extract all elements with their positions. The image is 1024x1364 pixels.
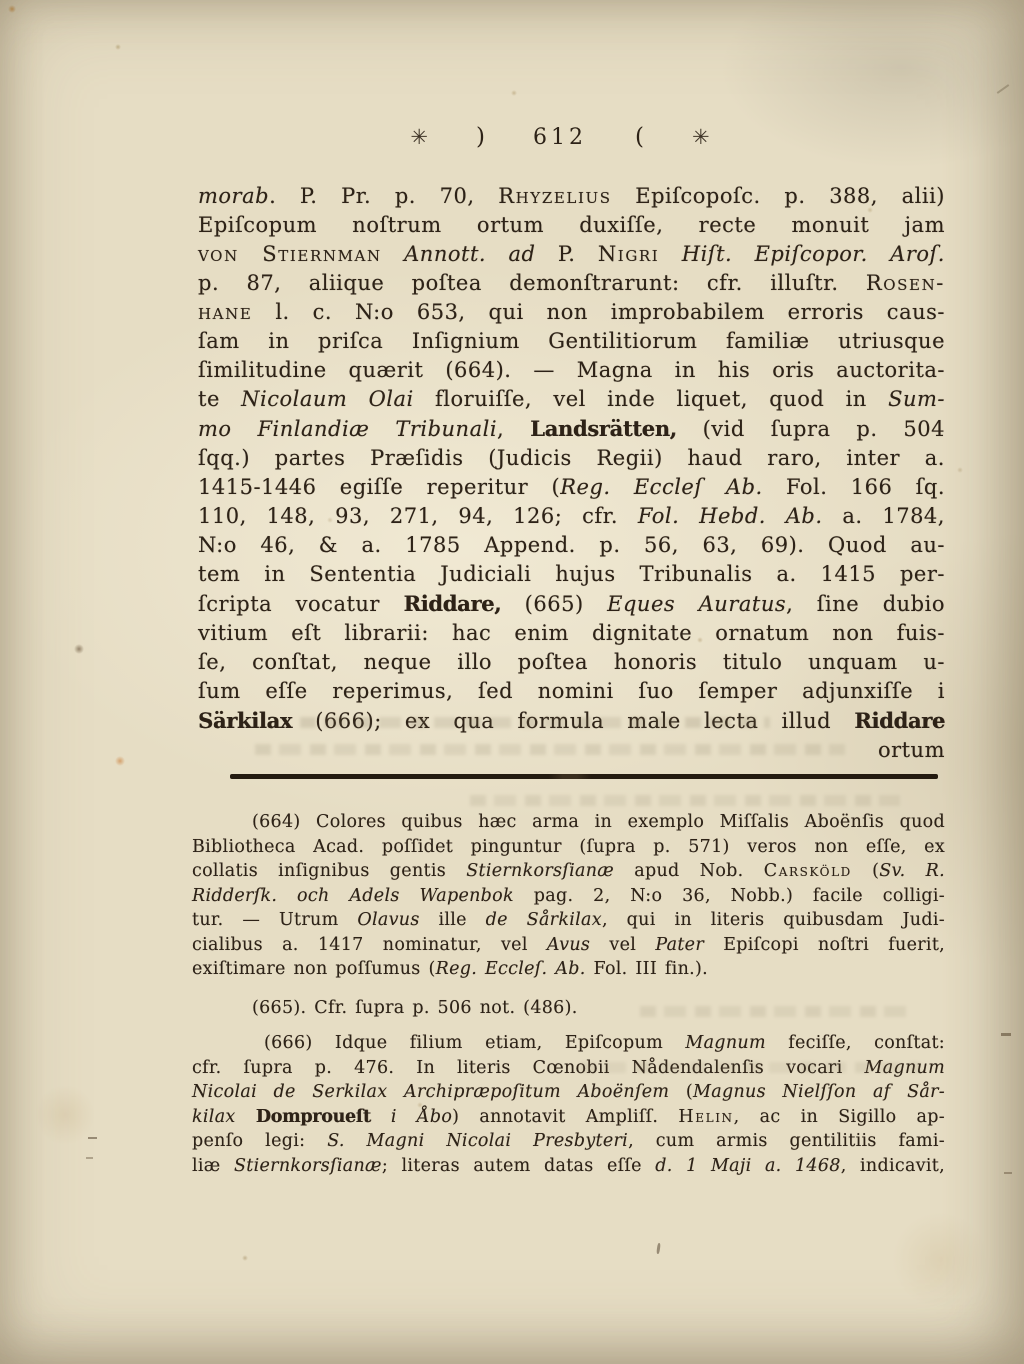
margin-ink-mark [1001,1033,1011,1036]
text-segment: p. 87, aliique poſtea demonſtrarunt: cfr… [198,271,866,295]
italic-text: Ridderſk. och Adels Wapenbok [192,886,514,906]
text-segment: , ſine dubio [786,592,945,616]
margin-ink-mark [1004,1172,1012,1174]
text-segment [371,1107,391,1127]
text-line: 1415-1446 egiſſe reperitur (Reg. Eccleſ … [198,473,945,502]
fraktur-text: Riddare, [403,591,501,616]
fraktur-text: Särkilax [198,708,292,733]
text-segment: apud Nob. [614,861,764,881]
text-segment: cfr. ſupra p. 476. In literis Cœnobii Nå… [192,1058,865,1078]
text-segment: ille [420,910,486,930]
text-segment [236,1107,256,1127]
text-line: Bibliotheca Acad. poſſidet pinguntur (ſu… [192,835,945,860]
text-segment: P. [535,242,597,266]
footnote-separator-rule [230,774,938,779]
text-line: Nicolai de Serkilax Archipræpoſitum Aboë… [192,1080,945,1105]
smallcaps-text: Helin [678,1107,733,1127]
text-line: cialibus a. 1417 nominatur, vel Avus vel… [192,933,945,958]
text-segment: (666); ex qua formula male lecta illud [292,709,854,733]
text-segment: vitium eſt librarii: hac enim dignitate … [198,621,945,645]
italic-text: Hiſt. Epiſcopor. Aroſ. [682,242,945,266]
smallcaps-text: von Stiernman [198,242,382,266]
italic-text: S. Magni Nicolai Presbyteri [327,1131,628,1151]
italic-text: i Åbo [391,1107,452,1127]
text-segment: tur. — Utrum [192,910,357,930]
text-segment: tem in Sententia Judiciali hujus Tribuna… [198,562,945,586]
text-segment: ſam in priſca Inſignium Gentilitiorum fa… [198,329,945,353]
text-segment: a. 1784, [823,504,945,528]
text-segment: ſimilitudine quærit (664). — Magna in hi… [198,358,945,382]
smallcaps-text: hane [198,300,252,324]
italic-text: Pater [655,935,704,955]
text-segment: ſcripta vocatur [198,592,403,616]
text-segment: Bibliotheca Acad. poſſidet pinguntur (ſu… [192,837,945,857]
italic-text: Magnum [685,1033,766,1053]
margin-ink-mark [86,1157,93,1159]
text-line: tem in Sententia Judiciali hujus Tribuna… [198,560,945,589]
page-header: ✳ ) 612 ( ✳ [48,124,1024,150]
text-line: te Nicolaum Olai floruiſſe, vel inde liq… [198,385,945,414]
text-segment: 110, 148, 93, 271, 94, 126; cfr. [198,504,638,528]
text-line: von Stiernman Annott. ad P. Nigri Hiſt. … [198,240,945,269]
text-line: p. 87, aliique poſtea demonſtrarunt: cfr… [198,269,945,298]
footnote-665: (665). Cfr. ſupra p. 506 not. (486). [192,996,945,1021]
text-segment: ( [669,1082,693,1102]
text-segment: l. c. N:o 653, qui non improbabilem erro… [252,300,945,324]
asterisk-ornament-icon: ✳ [692,125,710,149]
text-line: tur. — Utrum Olavus ille de Sårkilax, qu… [192,908,945,933]
page-number: 612 [533,125,587,150]
text-line: Särkilax (666); ex qua formula male lect… [198,706,945,736]
text-segment: ; literas autem datas eſſe [382,1156,655,1176]
text-segment: Fol. 166 ſq. [763,475,945,499]
text-line: ſe, conſtat, neque illo poſtea honoris t… [198,648,945,677]
italic-text: Reg. Eccleſ Ab. [560,475,763,499]
italic-text: de Sårkilax [486,910,602,930]
italic-text: Magnus Nielſſon af Sår- [693,1082,945,1102]
text-segment: , [497,417,530,441]
stray-ink-mark [656,1243,661,1254]
text-segment: , ac in Sigillo ap- [734,1107,945,1127]
text-segment: ſum eſſe reperimus, ſed nomini ſuo ſempe… [198,679,945,703]
fraktur-text: Riddare [854,708,945,733]
text-segment: vel [590,935,655,955]
text-segment [659,242,681,266]
text-line: ſum eſſe reperimus, ſed nomini ſuo ſempe… [198,677,945,706]
text-line: (664) Colores quibus hæc arma in exemplo… [192,810,945,835]
text-segment: feciſſe, conſtat: [766,1033,945,1053]
text-line: N:o 46, & a. 1785 Append. p. 56, 63, 69)… [198,531,945,560]
text-line: (665). Cfr. ſupra p. 506 not. (486). [192,996,945,1021]
text-segment: Epiſcopi noſtri fuerit, [704,935,945,955]
header-open-paren: ) [476,124,485,150]
text-line: penſo legi: S. Magni Nicolai Presbyteri,… [192,1129,945,1154]
italic-text: Stiernkorsſianæ [466,861,614,881]
text-segment: (vid ſupra p. 504 [677,417,945,441]
text-line: kilax Domproueſt i Åbo) annotavit Ampliſ… [192,1105,945,1130]
text-line: hane l. c. N:o 653, qui non improbabilem… [198,298,945,327]
scanned-book-page: ✳ ) 612 ( ✳ morab. P. Pr. p. 70, Rhyzeli… [0,0,1024,1364]
italic-text: Magnum [865,1058,946,1078]
footnote-664: (664) Colores quibus hæc arma in exemplo… [192,810,945,982]
fraktur-text: Domproueſt [256,1107,371,1127]
italic-text: Nicolaum Olai [241,387,414,411]
text-segment: pag. 2, N:o 36, Nobb.) facile colligi- [514,886,945,906]
text-segment: te [198,387,241,411]
text-segment: ) annotavit Ampliſſ. [452,1107,678,1127]
italic-text: Stiernkorsſianæ [234,1156,382,1176]
text-segment: exiſtimare non poſſumus ( [192,959,436,979]
text-line: ſam in priſca Inſignium Gentilitiorum fa… [198,327,945,356]
text-segment: , indicavit, [841,1156,945,1176]
text-segment: collatis inſignibus gentis [192,861,466,881]
footnote-666: (666) Idque filium etiam, Epiſcopum Magn… [192,1031,945,1178]
italic-text: Nicolai de Serkilax Archipræpoſitum Aboë… [192,1082,669,1102]
header-close-paren: ( [635,124,644,150]
text-segment: ortum [878,738,945,762]
show-through-text [470,795,900,806]
text-segment: ſe, conſtat, neque illo poſtea honoris t… [198,650,945,674]
italic-text: morab [198,184,269,208]
text-line: collatis inſignibus gentis Stiernkorsſia… [192,859,945,884]
text-segment: Epiſcopoſc. p. 388, alii) [612,184,945,208]
fraktur-text: Landsrätten, [530,416,677,441]
text-segment: N:o 46, & a. 1785 Append. p. 56, 63, 69)… [198,533,945,557]
text-segment: ( [852,861,879,881]
text-line: mo Finlandiæ Tribunali, Landsrätten, (vi… [198,414,945,444]
text-segment: cialibus a. 1417 nominatur, vel [192,935,547,955]
text-segment: ſqq.) partes Præſidis (Judicis Regii) ha… [198,446,945,470]
text-segment: , qui in literis quibusdam Judi- [602,910,945,930]
text-line: morab. P. Pr. p. 70, Rhyzelius Epiſcopoſ… [198,182,945,211]
text-segment: floruiſſe, vel inde liquet, quod in [414,387,888,411]
margin-ink-mark [88,1137,97,1139]
text-segment: (665) [501,592,607,616]
asterisk-ornament-icon: ✳ [410,125,428,149]
smallcaps-text: Rosen- [866,271,945,295]
text-segment: (664) Colores quibus hæc arma in exemplo… [252,812,945,832]
italic-text: Sum- [888,387,945,411]
text-segment: Fol. III fin.). [586,959,708,979]
text-line: exiſtimare non poſſumus (Reg. Eccleſ. Ab… [192,957,945,982]
text-segment: 1415-1446 egiſſe reperitur ( [198,475,560,499]
smallcaps-text: Rhyzelius [498,184,611,208]
italic-text: Olavus [357,910,419,930]
text-line: cfr. ſupra p. 476. In literis Cœnobii Nå… [192,1056,945,1081]
italic-text: Avus [547,935,590,955]
text-segment: . P. Pr. p. 70, [269,184,498,208]
text-line: vitium eſt librarii: hac enim dignitate … [198,619,945,648]
text-line: Ridderſk. och Adels Wapenbok pag. 2, N:o… [192,884,945,909]
smallcaps-text: Nigri [598,242,660,266]
text-line: Epiſcopum noſtrum ortum duxiſſe, recte m… [198,211,945,240]
italic-text: mo Finlandiæ Tribunali [198,417,497,441]
smallcaps-text: Carsköld [764,861,852,881]
text-segment [382,242,404,266]
text-line: ortum [198,736,945,765]
text-line: liæ Stiernkorsſianæ; literas autem datas… [192,1154,945,1179]
text-segment: (666) Idque filium etiam, Epiſcopum [264,1033,685,1053]
text-segment: liæ [192,1156,234,1176]
text-segment: Epiſcopum noſtrum ortum duxiſſe, recte m… [198,213,945,237]
italic-text: Eques Auratus [607,592,786,616]
text-line: ſimilitudine quærit (664). — Magna in hi… [198,356,945,385]
italic-text: Reg. Eccleſ. Ab. [436,959,586,979]
italic-text: Fol. Hebd. Ab. [638,504,823,528]
text-line: 110, 148, 93, 271, 94, 126; cfr. Fol. He… [198,502,945,531]
italic-text: Annott. ad [404,242,535,266]
margin-ink-mark [997,84,1010,94]
italic-text: Sv. R. [879,861,945,881]
text-line: ſqq.) partes Præſidis (Judicis Regii) ha… [198,444,945,473]
text-segment: penſo legi: [192,1131,327,1151]
text-line: (666) Idque filium etiam, Epiſcopum Magn… [192,1031,945,1056]
main-text-paragraph: morab. P. Pr. p. 70, Rhyzelius Epiſcopoſ… [198,182,945,765]
italic-text: kilax [192,1107,236,1127]
text-segment: (665). Cfr. ſupra p. 506 not. (486). [252,998,578,1018]
italic-text: d. 1 Maji a. 1468 [655,1156,840,1176]
text-line: ſcripta vocatur Riddare, (665) Eques Aur… [198,589,945,619]
text-segment: , cum armis gentilitiis fami- [628,1131,945,1151]
